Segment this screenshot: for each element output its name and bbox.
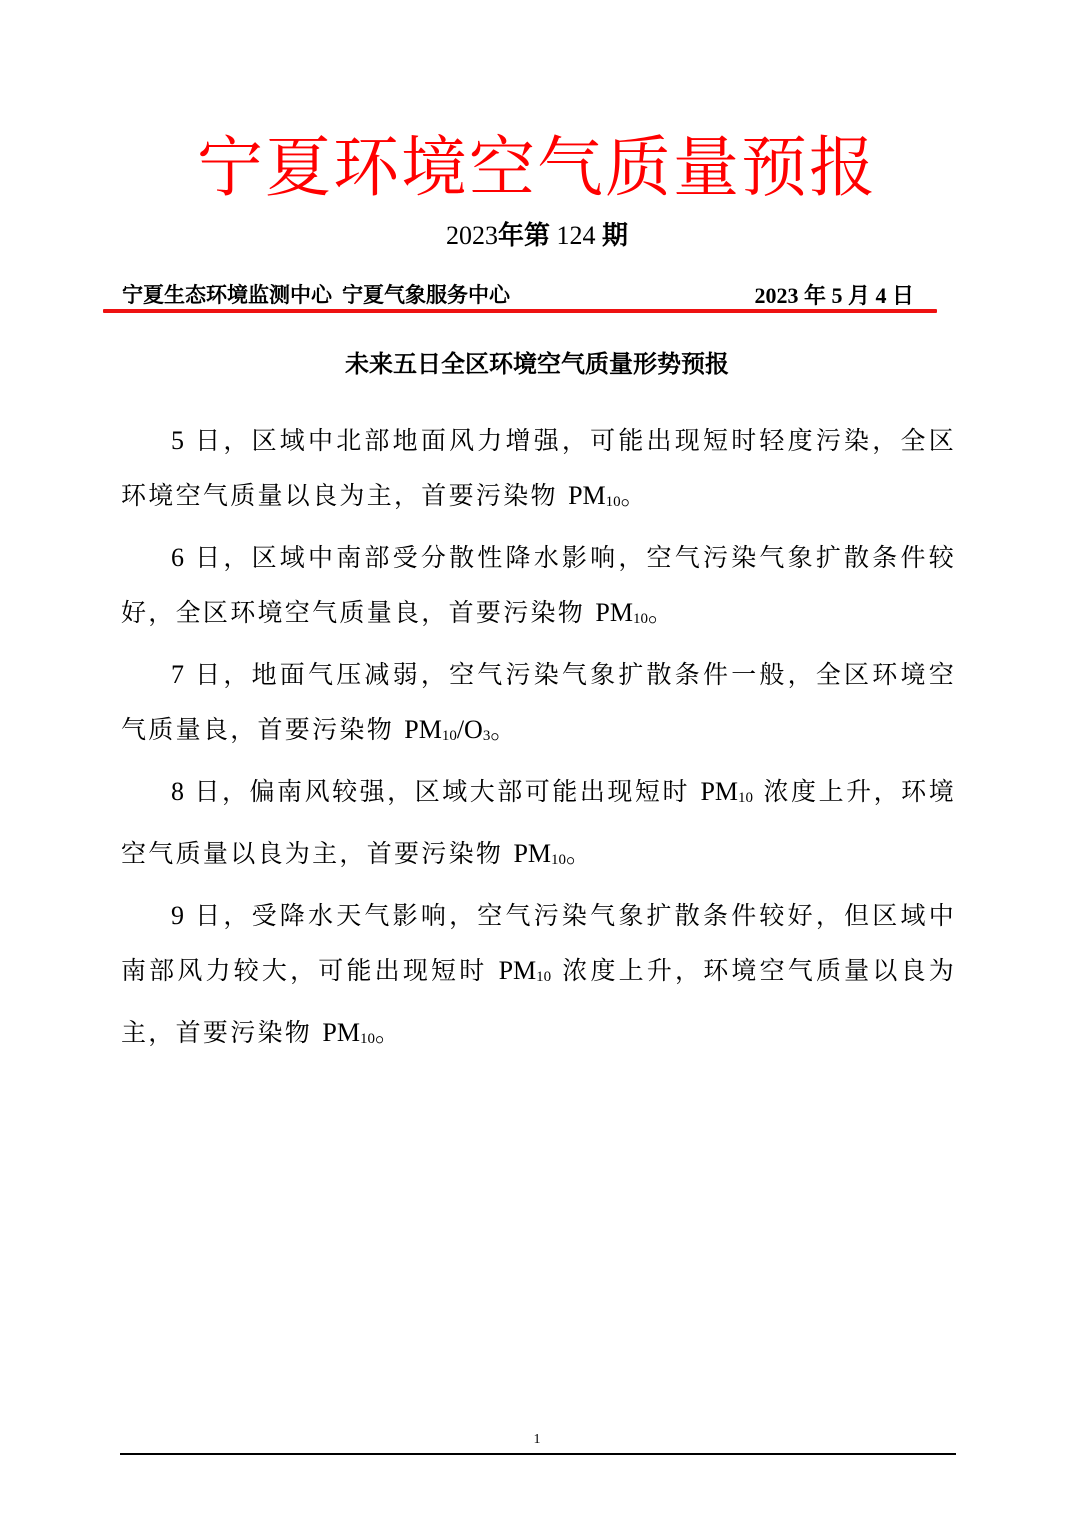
issue-num: 124 [557, 221, 596, 250]
red-divider [103, 309, 937, 313]
footer-divider [120, 1453, 956, 1455]
issue-num-suffix: 期 [602, 221, 628, 250]
forecast-body: 5 日，区域中北部地面风力增强，可能出现短时轻度污染，全区环境空气质量以良为主，… [121, 413, 956, 1067]
issue-number: 2023年第 124 期 [0, 218, 1074, 254]
agency-environment: 宁夏生态环境监测中心 [122, 282, 332, 307]
issue-date: 2023 年 5 月 4 日 [754, 279, 914, 310]
forecast-day-7: 7 日，地面气压减弱，空气污染气象扩散条件一般，全区环境空气质量良，首要污染物 … [121, 647, 956, 764]
forecast-day-9: 9 日，受降水天气影响，空气污染气象扩散条件较好，但区域中南部风力较大，可能出现… [121, 888, 956, 1067]
forecast-day-6: 6 日，区域中南部受分散性降水影响，空气污染气象扩散条件较好，全区环境空气质量良… [121, 530, 956, 647]
masthead-title: 宁夏环境空气质量预报 [0, 128, 1074, 208]
issue-year: 2023 [446, 221, 498, 250]
section-title: 未来五日全区环境空气质量形势预报 [0, 346, 1074, 382]
forecast-day-5: 5 日，区域中北部地面风力增强，可能出现短时轻度污染，全区环境空气质量以良为主，… [121, 413, 956, 530]
issuing-agencies: 宁夏生态环境监测中心宁夏气象服务中心 [122, 279, 510, 309]
issue-year-suffix: 年第 [498, 221, 550, 250]
issuer-row: 宁夏生态环境监测中心宁夏气象服务中心 2023 年 5 月 4 日 [122, 279, 914, 309]
forecast-day-8: 8 日，偏南风较强，区域大部可能出现短时 PM10 浓度上升，环境空气质量以良为… [121, 764, 956, 888]
page-number: 1 [0, 1432, 1074, 1448]
agency-meteorology: 宁夏气象服务中心 [342, 282, 510, 307]
